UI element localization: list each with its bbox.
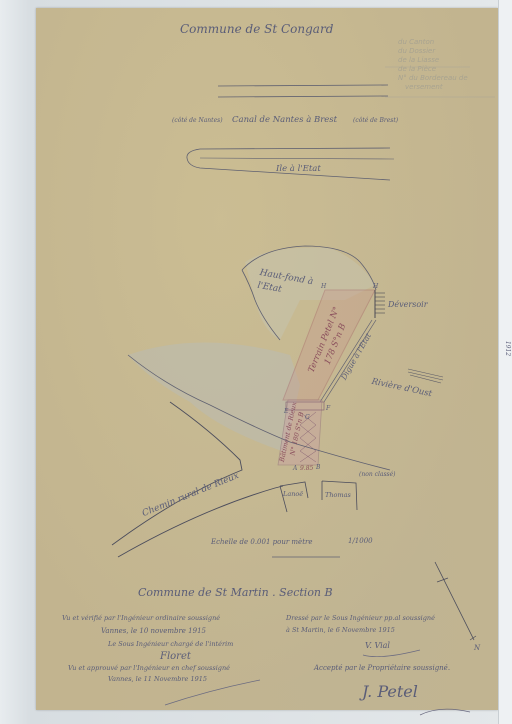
point-label: H (373, 283, 378, 290)
signature-vial: V. Vial (365, 641, 390, 650)
stamp-line: du Dossier (398, 47, 435, 55)
margin-note: 1912 (504, 341, 511, 356)
river-hatch (408, 369, 443, 383)
weir-label: Déversoir (388, 300, 428, 309)
section-title: Commune de St Martin . Section B (138, 586, 333, 599)
point-label: B (316, 464, 320, 471)
stamp-line: N° du Bordereau de (398, 74, 468, 82)
verify-line-2: Vannes, le 10 novembre 1915 (101, 627, 206, 635)
neighbor-thomas: Thomas (325, 491, 351, 499)
signature-petel: J. Petel (362, 682, 418, 701)
canal-side-left: (côté de Nantes) (172, 117, 223, 124)
island-label: Ile à l'Etat (276, 164, 321, 174)
point-label: E (284, 408, 288, 415)
scale-text: Echelle de 0.001 pour mètre (211, 538, 313, 546)
point-label: G (305, 414, 310, 421)
dimension-ab: 9.85 (300, 465, 313, 472)
verify-line-3: Le Sous Ingénieur chargé de l'intérim (108, 640, 233, 648)
north-arrow (435, 562, 474, 640)
canal-side-right: (côté de Brest) (353, 117, 398, 124)
neighbor-lanoe: Lanoë (283, 490, 303, 498)
weir-hatch (375, 293, 385, 313)
stamp-line: de la Liasse (398, 56, 439, 64)
point-label: H (321, 283, 326, 290)
scale-ratio: 1/1000 (348, 537, 373, 545)
header-rule (218, 85, 388, 86)
point-label: F (326, 405, 330, 412)
stamp-line: du Canton (398, 38, 434, 46)
drafted-line-1: Dressé par le Sous Ingénieur pp.al souss… (286, 614, 435, 622)
header-rule (218, 96, 388, 97)
verify-line-1: Vu et vérifié par l'Ingénieur ordinaire … (62, 614, 220, 622)
road-edge-lower (118, 486, 283, 557)
stamp-line: versement (405, 83, 443, 91)
approve-line-2: Vannes, le 11 Novembre 1915 (108, 675, 207, 683)
north-label: N (474, 644, 480, 652)
canal-label: Canal de Nantes à Brest (232, 115, 337, 125)
approve-line-1: Vu et approuvé par l'Ingénieur en chef s… (68, 664, 230, 672)
accepted-line: Accepté par le Propriétaire soussigné. (314, 664, 450, 672)
stamp-line: de la Pièce (398, 65, 436, 73)
point-label: A (293, 465, 297, 472)
road-note: (non classé) (359, 471, 396, 478)
drafted-line-2: à St Martin, le 6 Novembre 1915 (286, 626, 395, 634)
commune-title: Commune de St Congard (180, 22, 333, 36)
signature-floret: Floret (160, 651, 191, 662)
